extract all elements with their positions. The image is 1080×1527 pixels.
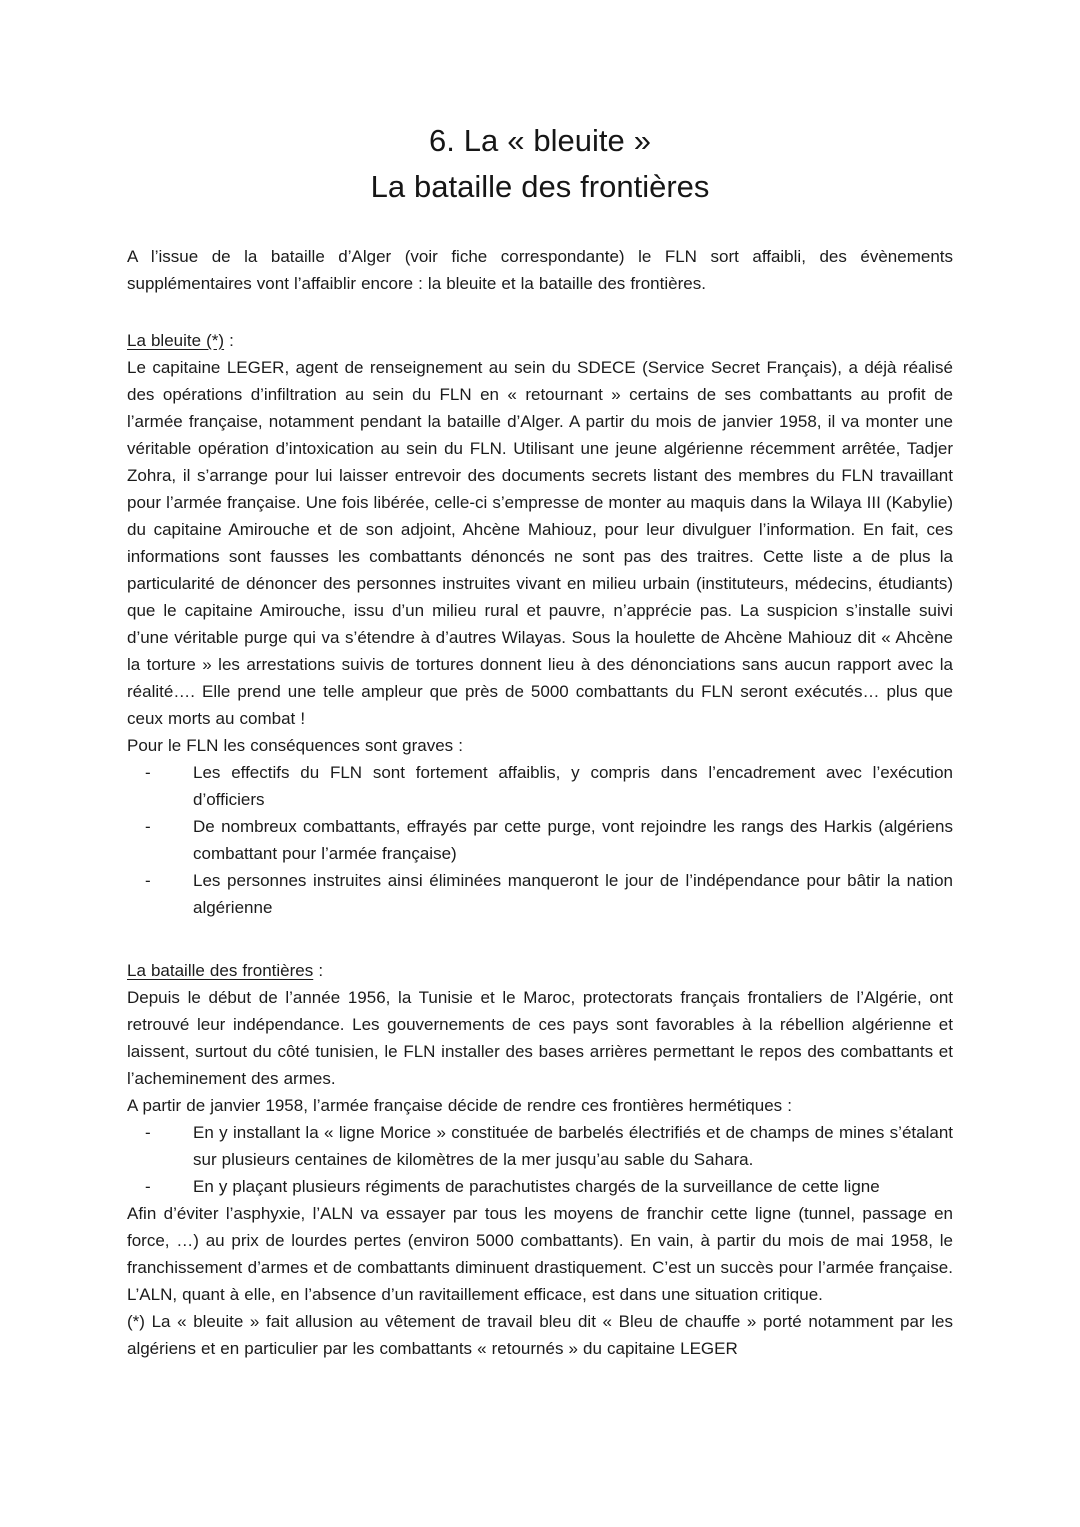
list-item: - En y installant la « ligne Morice » co…: [127, 1119, 953, 1173]
document-page: 6. La « bleuite » La bataille des fronti…: [0, 0, 1080, 1527]
section2-bullet-list: - En y installant la « ligne Morice » co…: [127, 1119, 953, 1200]
list-item: - Les effectifs du FLN sont fortement af…: [127, 759, 953, 813]
list-item: - En y plaçant plusieurs régiments de pa…: [127, 1173, 953, 1200]
list-item-text: Les effectifs du FLN sont fortement affa…: [193, 763, 953, 809]
list-item: - Les personnes instruites ainsi éliminé…: [127, 867, 953, 921]
section1-body-paragraph: Le capitaine LEGER, agent de renseigneme…: [127, 354, 953, 732]
section2-heading-colon: :: [313, 961, 323, 980]
list-item-text: En y plaçant plusieurs régiments de para…: [193, 1177, 880, 1196]
section2-heading-text: La bataille des frontières: [127, 961, 313, 980]
section2-body-paragraph-1: Depuis le début de l’année 1956, la Tuni…: [127, 984, 953, 1092]
bullet-dash: -: [145, 759, 151, 786]
section2-body-paragraph-3: Afin d’éviter l’asphyxie, l’ALN va essay…: [127, 1200, 953, 1308]
section1-bullet-list: - Les effectifs du FLN sont fortement af…: [127, 759, 953, 921]
bullet-dash: -: [145, 1173, 151, 1200]
list-item-text: En y installant la « ligne Morice » cons…: [193, 1123, 953, 1169]
list-item-text: De nombreux combattants, effrayés par ce…: [193, 817, 953, 863]
section1-heading-colon: :: [224, 331, 234, 350]
bullet-dash: -: [145, 1119, 151, 1146]
list-item: - De nombreux combattants, effrayés par …: [127, 813, 953, 867]
document-title-line2: La bataille des frontières: [127, 164, 953, 210]
section1-heading-text: La bleuite (*): [127, 331, 224, 350]
bullet-dash: -: [145, 813, 151, 840]
section2-heading: La bataille des frontières :: [127, 957, 953, 984]
footnote-paragraph: (*) La « bleuite » fait allusion au vête…: [127, 1308, 953, 1362]
section1-heading: La bleuite (*) :: [127, 327, 953, 354]
intro-paragraph: A l’issue de la bataille d’Alger (voir f…: [127, 243, 953, 297]
bullet-dash: -: [145, 867, 151, 894]
document-title-line1: 6. La « bleuite »: [127, 118, 953, 164]
section2-body-paragraph-2: A partir de janvier 1958, l’armée frança…: [127, 1092, 953, 1119]
list-item-text: Les personnes instruites ainsi éliminées…: [193, 871, 953, 917]
section1-outro-line: Pour le FLN les conséquences sont graves…: [127, 732, 953, 759]
document-title: 6. La « bleuite » La bataille des fronti…: [127, 118, 953, 210]
